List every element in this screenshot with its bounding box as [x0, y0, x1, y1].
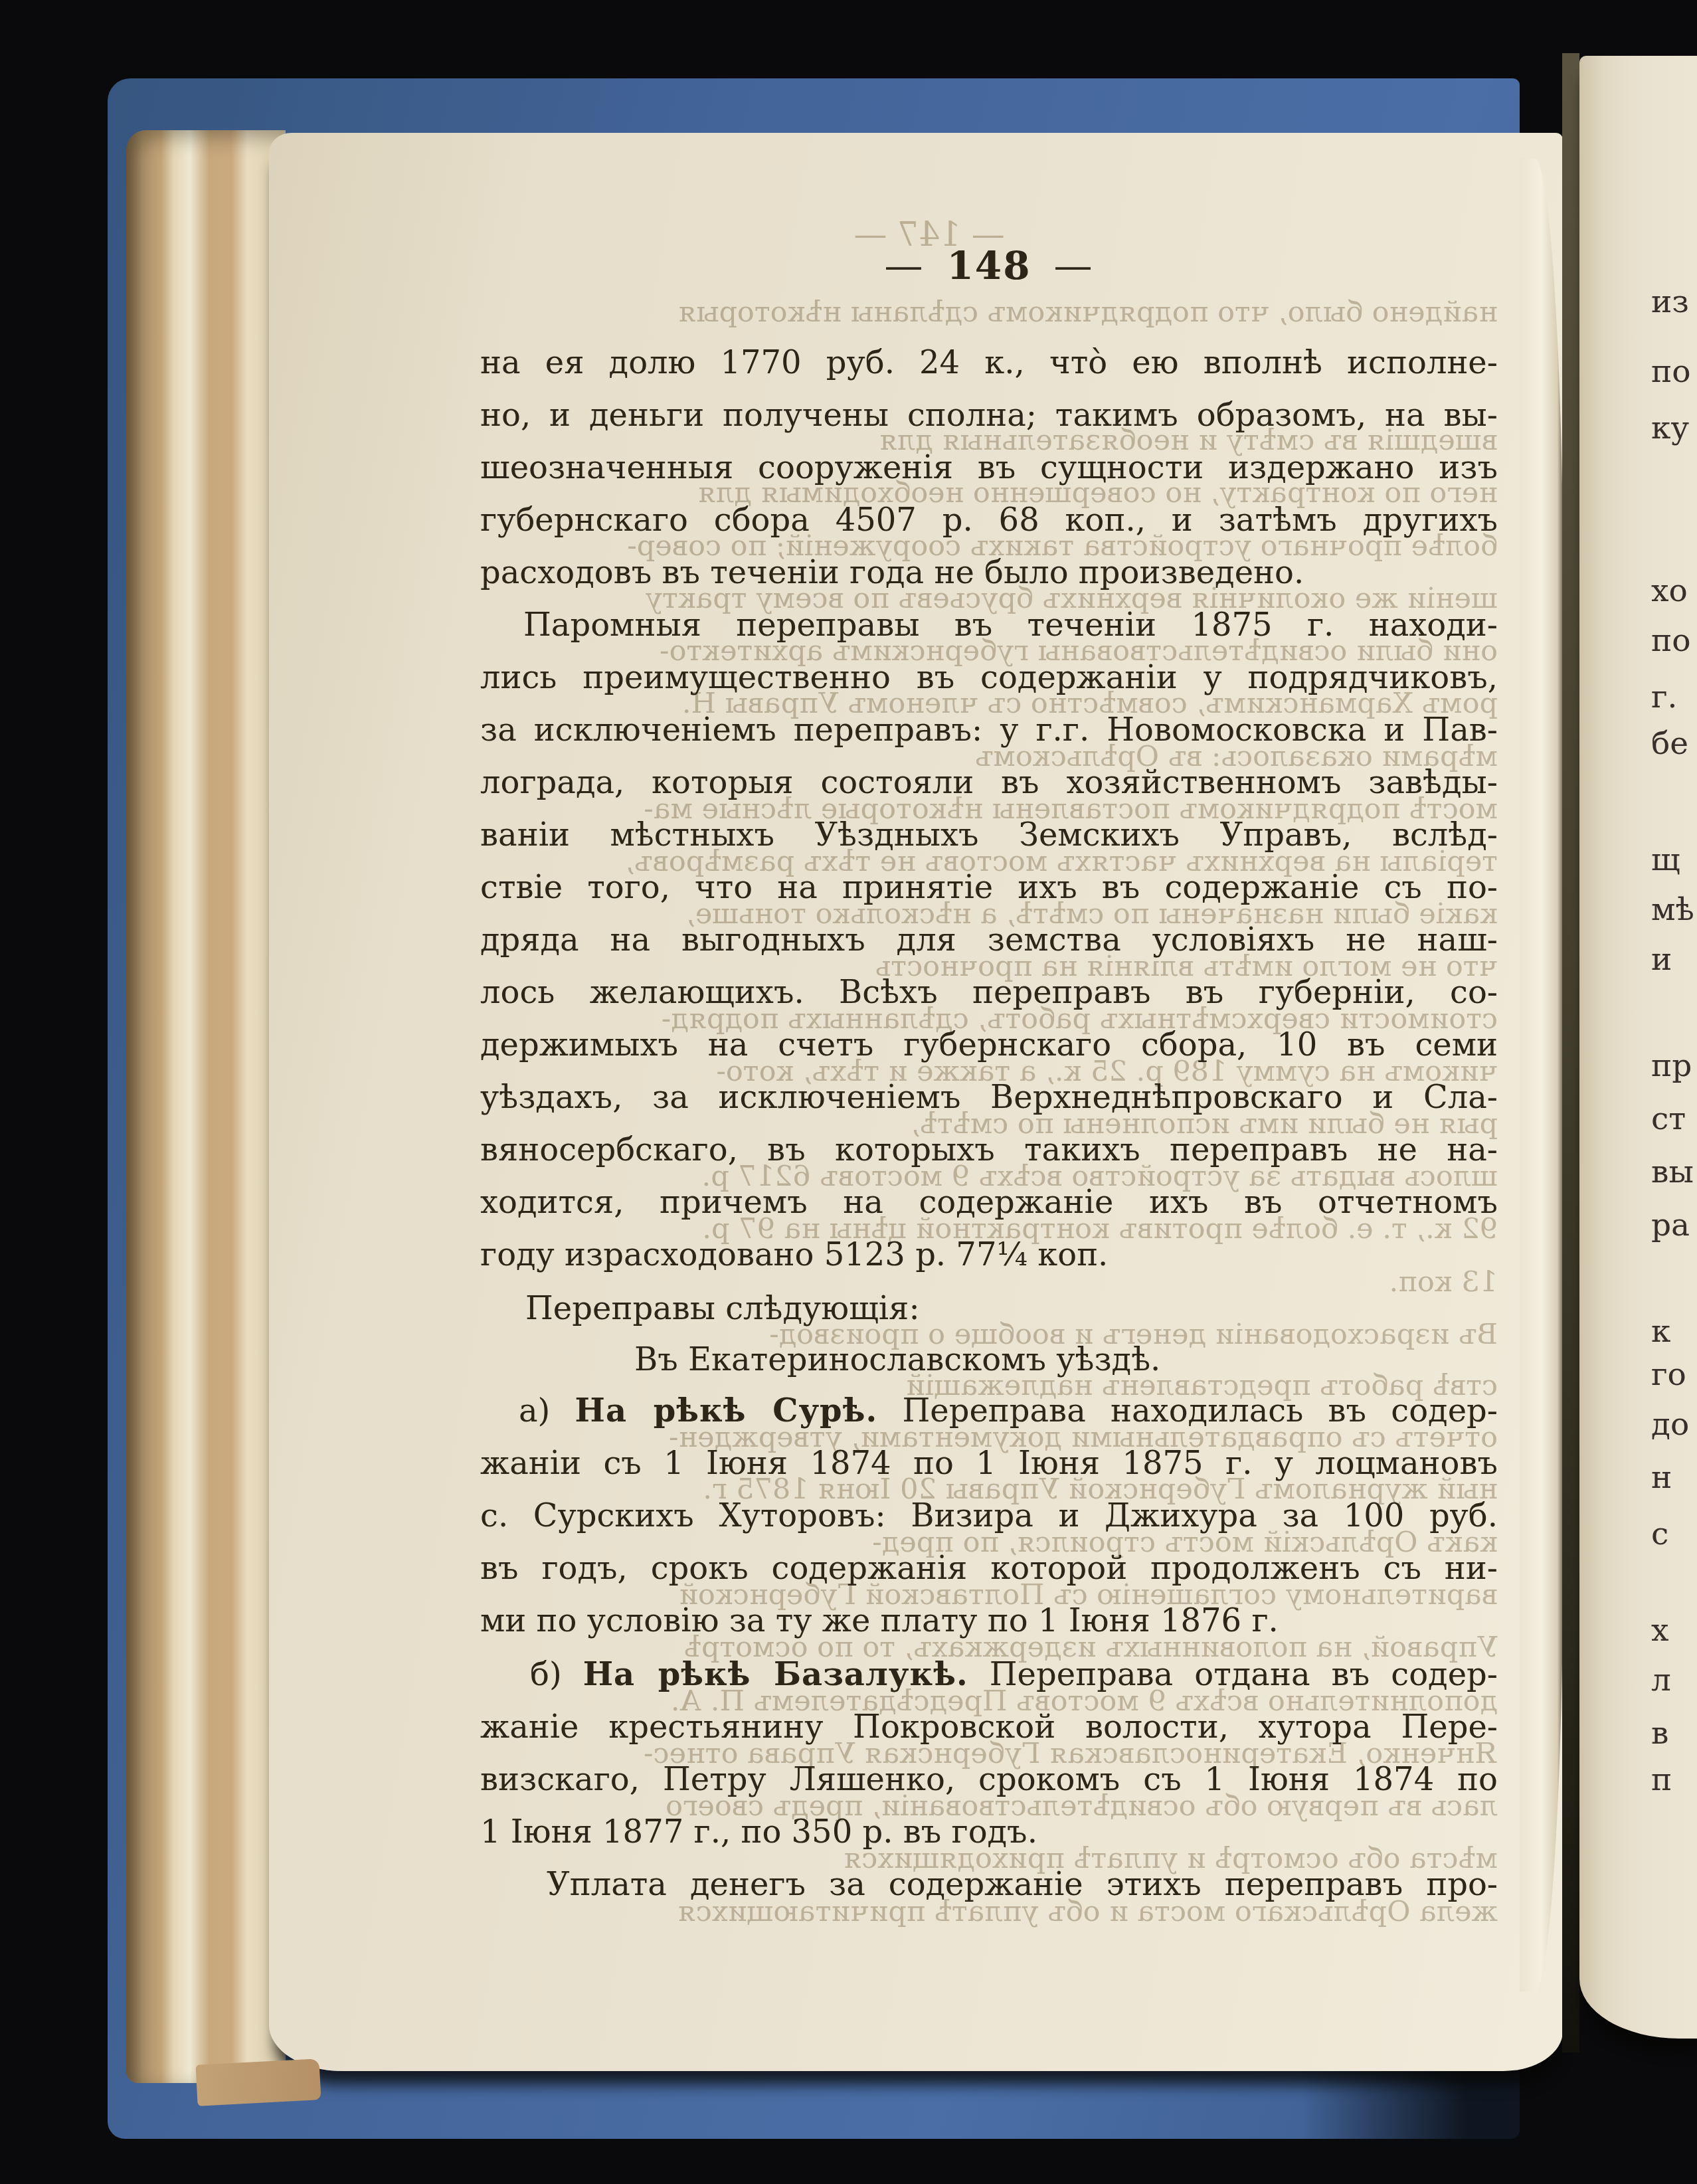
next-page-text-fragment: к	[1651, 1311, 1670, 1352]
text-line: лись преимущественно въ содержаніи у под…	[480, 654, 1498, 701]
bleedthrough-line: найдено было, что подрядчикомъ сдѣланы н…	[480, 292, 1498, 332]
text-line: жаніи съ 1 Іюня 1874 по 1 Іюня 1875 г. у…	[480, 1439, 1498, 1487]
text-line: въ годъ, срокъ содержанія которой продол…	[480, 1544, 1498, 1592]
text-line: за исключеніемъ переправъ: у г.г. Новомо…	[480, 706, 1498, 754]
text-line: уѣздахъ, за исключеніемъ Верхнеднѣпровск…	[480, 1073, 1498, 1121]
text-line: лограда, которыя состояли въ хозяйственн…	[480, 759, 1498, 806]
text-line: на ея долю 1770 руб. 24 к., что̀ ею впол…	[480, 339, 1498, 387]
next-page-text-fragment: до	[1651, 1404, 1689, 1445]
text-line: ходится, причемъ на содержаніе ихъ въ от…	[480, 1178, 1498, 1226]
text-line: году израсходовано 5123 р. 77¼ коп.	[480, 1231, 1498, 1279]
next-page-text-fragment: л	[1651, 1660, 1671, 1701]
next-page-text-fragment: г.	[1651, 677, 1678, 718]
next-page-text-fragment: го	[1651, 1354, 1686, 1396]
next-page-text-fragment: с	[1651, 1514, 1668, 1555]
text-line: губернскаго сбора 4507 р. 68 коп., и зат…	[480, 496, 1498, 544]
text-line: а) На рѣкѣ Сурѣ. Переправа находилась въ…	[480, 1387, 1498, 1435]
next-page-text-fragment: по	[1651, 620, 1691, 662]
page-number-header: —148—	[480, 239, 1498, 292]
next-page-text-fragment: и	[1651, 939, 1672, 980]
next-page-text-fragment: мѣ	[1651, 889, 1694, 931]
text-line: вяносербскаго, въ которыхъ такихъ перепр…	[480, 1126, 1498, 1174]
next-page-text-fragment: из	[1651, 282, 1689, 323]
text-line: держимыхъ на счетъ губернскаго сбора, 10…	[480, 1021, 1498, 1069]
text-line: визскаго, Петру Ляшенко, срокомъ съ 1 Ію…	[480, 1756, 1498, 1803]
scan-viewport: { "window": { "background": "#0a0a0c" },…	[0, 0, 1697, 2184]
next-page-text-fragment: п	[1651, 1760, 1672, 1801]
text-line: Переправы слѣдующія:	[480, 1285, 1498, 1332]
next-page-text-fragment: ку	[1651, 408, 1689, 449]
text-line: Паромныя переправы въ теченіи 1875 г. на…	[480, 601, 1498, 649]
text-line: ми по условію за ту же плату по 1 Іюня 1…	[480, 1597, 1498, 1645]
header-dash-right: —	[1054, 243, 1094, 288]
header-dash-left: —	[884, 243, 924, 288]
text-line: ваніи мѣстныхъ Уѣздныхъ Земскихъ Управъ,…	[480, 811, 1498, 859]
next-page-text-fragment: щ	[1651, 840, 1680, 881]
text-line: жаніе крестьянину Покровской волости, ху…	[480, 1703, 1498, 1751]
page-edge-stack	[126, 130, 286, 2083]
text-line: дряда на выгодныхъ для земства условіяхъ…	[480, 916, 1498, 964]
next-page-text-fragment: ст	[1651, 1099, 1686, 1140]
text-line: шеозначенныя сооруженія въ сущности изде…	[480, 444, 1498, 492]
next-page-text-fragment: н	[1651, 1457, 1672, 1499]
text-line: Въ Екатеринославскомъ уѣздѣ.	[480, 1336, 1498, 1384]
next-page-text-fragment: бе	[1651, 723, 1688, 765]
next-page-text-fragment: х	[1651, 1610, 1669, 1651]
text-line: лось желающихъ. Всѣхъ переправъ въ губер…	[480, 968, 1498, 1016]
page-corner-wedge	[196, 2058, 321, 2106]
next-page-text-fragment: хо	[1651, 571, 1688, 612]
left-page-fore-edge	[1520, 158, 1563, 1991]
next-page-text-fragment: ра	[1651, 1205, 1690, 1246]
text-line: с. Сурскихъ Хуторовъ: Визира и Джихура з…	[480, 1492, 1498, 1540]
text-line: Уплата денегъ за содержаніе этихъ перепр…	[480, 1861, 1498, 1908]
text-line: расходовъ въ теченіи года не было произв…	[480, 549, 1498, 596]
text-line: но, и деньги получены сполна; такимъ обр…	[480, 391, 1498, 439]
text-line: б) На рѣкѣ Базалукѣ. Переправа отдана въ…	[480, 1651, 1498, 1698]
page-number: 148	[924, 243, 1053, 288]
next-page-text-fragment: по	[1651, 351, 1691, 393]
book-gutter-shadow	[1562, 53, 1579, 2052]
next-page-text-fragment: пр	[1651, 1046, 1692, 1087]
text-line: ствіе того, что на принятіе ихъ въ содер…	[480, 864, 1498, 911]
text-line: 1 Іюня 1877 г., по 350 р. въ годъ.	[480, 1808, 1498, 1856]
next-page-text-fragment: в	[1651, 1713, 1668, 1754]
page-content-area: — 147 — —148— найдено было, что подрядчи…	[480, 0, 1498, 2184]
next-page-text-fragment: вы	[1651, 1152, 1694, 1193]
